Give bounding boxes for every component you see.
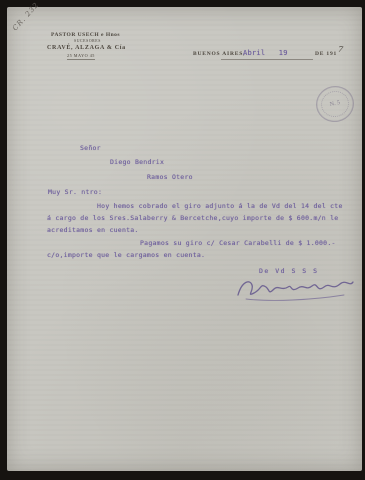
recipient-name: Diego Bendrix xyxy=(110,158,164,166)
dateline-month: Abril xyxy=(243,49,265,57)
body-line: acreditamos en cuenta. xyxy=(47,226,139,234)
letterhead-firm-name: CRAVÉ, ALZAGA & Cía xyxy=(47,45,126,51)
dateline-year-digit-handwritten: 7 xyxy=(337,45,343,55)
handwritten-signature xyxy=(232,271,357,305)
dateline-year-prefix: DE 191 xyxy=(315,51,337,57)
letterhead-old-firm: PASTOR USECH e Hnos xyxy=(51,32,120,38)
dateline-city: BUENOS AIRES, xyxy=(193,51,245,57)
body-line: á cargo de los Sres.Salaberry & Bercetch… xyxy=(47,214,338,222)
body-line: c/o,importe que le cargamos en cuenta. xyxy=(47,251,205,259)
dateline-typed-date: Abril 19 xyxy=(243,49,288,57)
recipient-location: Ramos Otero xyxy=(147,173,193,181)
letterhead-successors-label: SUCESORES xyxy=(74,39,101,43)
letterhead-address: 25 MAYO 45 xyxy=(67,53,95,60)
body-line: Hoy hemos cobrado el giro adjunto á la d… xyxy=(97,202,343,210)
scanned-letter-screenshot: { "letter": { "archival_note": "CR. 232"… xyxy=(0,0,365,480)
round-stamp-text: N. 5 xyxy=(319,88,352,119)
round-stamp: N. 5 xyxy=(313,82,358,125)
body-line: Pagamos su giro c/ Cesar Carabelli de $ … xyxy=(140,239,336,247)
dateline-rule xyxy=(221,59,313,60)
dateline-day: 19 xyxy=(279,49,288,57)
salutation: Muy Sr. ntro: xyxy=(48,188,102,196)
recipient-title: Señor xyxy=(80,144,101,152)
archival-pencil-note: CR. 232 xyxy=(11,1,41,33)
letter-paper: CR. 232 PASTOR USECH e Hnos SUCESORES CR… xyxy=(7,7,362,471)
